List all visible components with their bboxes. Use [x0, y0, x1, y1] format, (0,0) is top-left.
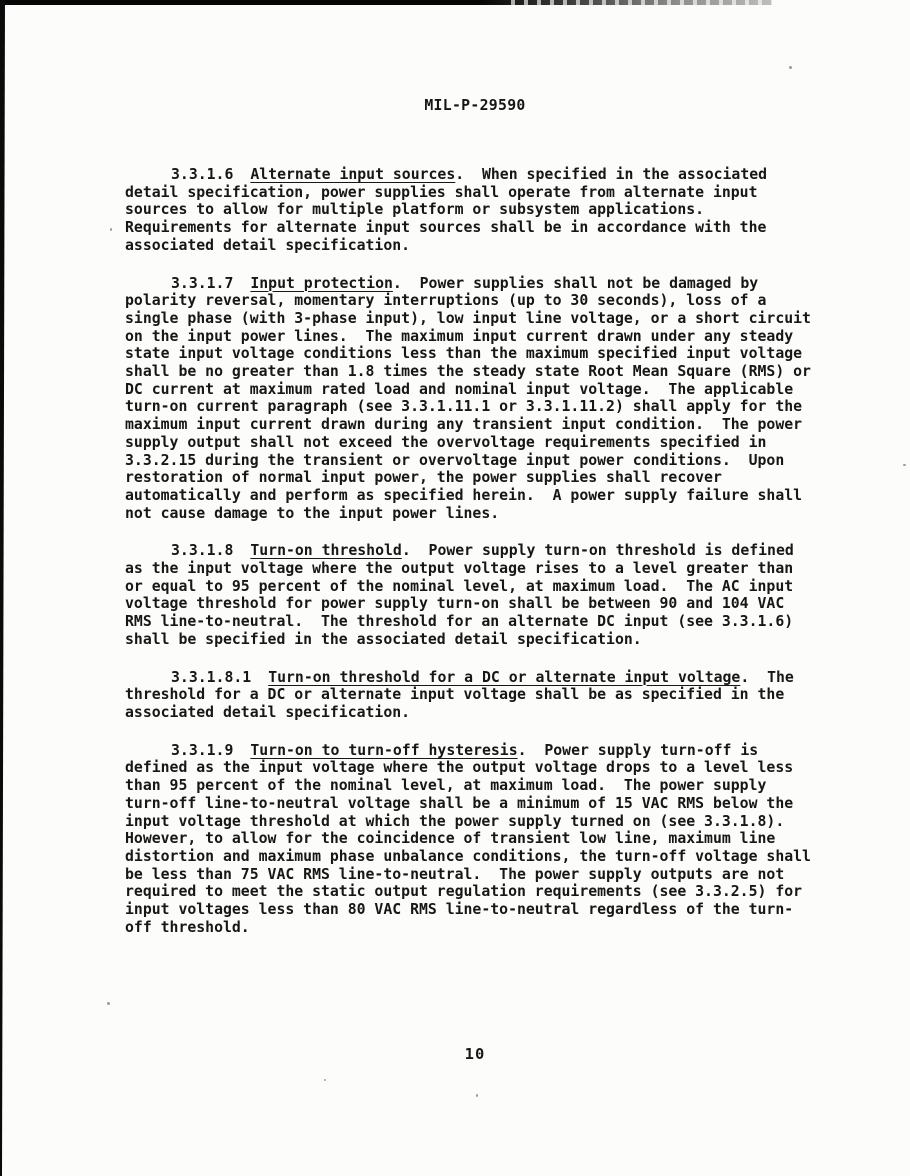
paragraph-first-line: 3.3.1.8.1Turn-on threshold for a DC or a… [125, 669, 825, 687]
paragraph-lead-text: . Power supply turn-on threshold is defi… [402, 542, 794, 559]
scanned-document-page: MIL-P-29590 3.3.1.6Alternate input sourc… [0, 0, 910, 1176]
scan-top-border [0, 0, 772, 5]
paragraph-title: Alternate input sources [250, 166, 455, 183]
scan-speck [476, 1094, 478, 1097]
paragraph-first-line: 3.3.1.7Input protection. Power supplies … [125, 275, 825, 293]
scan-speck [903, 464, 906, 466]
paragraph-number: 3.3.1.6 [171, 166, 233, 183]
document-body: 3.3.1.6Alternate input sources. When spe… [125, 166, 825, 956]
paragraph-first-line: 3.3.1.8Turn-on threshold. Power supply t… [125, 542, 825, 560]
paragraph-text: detail specification, power supplies sha… [125, 184, 825, 255]
paragraph-text: as the input voltage where the output vo… [125, 560, 825, 649]
page-number: 10 [125, 1045, 825, 1063]
paragraph-3-3-1-8: 3.3.1.8Turn-on threshold. Power supply t… [125, 542, 825, 648]
paragraph-lead-text: . When specified in the associated [455, 166, 767, 183]
paragraph-3-3-1-8-1: 3.3.1.8.1Turn-on threshold for a DC or a… [125, 669, 825, 722]
paragraph-3-3-1-9: 3.3.1.9Turn-on to turn-off hysteresis. P… [125, 742, 825, 937]
scan-speck [324, 1079, 326, 1081]
paragraph-title: Turn-on to turn-off hysteresis [250, 742, 517, 759]
paragraph-3-3-1-6: 3.3.1.6Alternate input sources. When spe… [125, 166, 825, 255]
paragraph-number: 3.3.1.8 [171, 542, 233, 559]
scan-speck [107, 1002, 110, 1005]
paragraph-lead-text: . Power supplies shall not be damaged by [393, 275, 758, 292]
paragraph-first-line: 3.3.1.6Alternate input sources. When spe… [125, 166, 825, 184]
paragraph-number: 3.3.1.9 [171, 742, 233, 759]
paragraph-lead-text: . Power supply turn-off is [518, 742, 759, 759]
document-id-header: MIL-P-29590 [125, 97, 825, 114]
paragraph-first-line: 3.3.1.9Turn-on to turn-off hysteresis. P… [125, 742, 825, 760]
paragraph-text: threshold for a DC or alternate input vo… [125, 686, 825, 721]
paragraph-title: Input protection [250, 275, 393, 292]
paragraph-3-3-1-7: 3.3.1.7Input protection. Power supplies … [125, 275, 825, 523]
paragraph-title: Turn-on threshold [250, 542, 401, 559]
paragraph-text: defined as the input voltage where the o… [125, 759, 825, 936]
paragraph-lead-text: . The [740, 669, 793, 686]
scan-speck [110, 228, 112, 231]
paragraph-title: Turn-on threshold for a DC or alternate … [268, 669, 740, 686]
paragraph-text: polarity reversal, momentary interruptio… [125, 292, 825, 522]
scan-left-border [0, 0, 5, 1176]
paragraph-number: 3.3.1.7 [171, 275, 233, 292]
paragraph-number: 3.3.1.8.1 [171, 669, 251, 686]
scan-speck [789, 66, 792, 69]
